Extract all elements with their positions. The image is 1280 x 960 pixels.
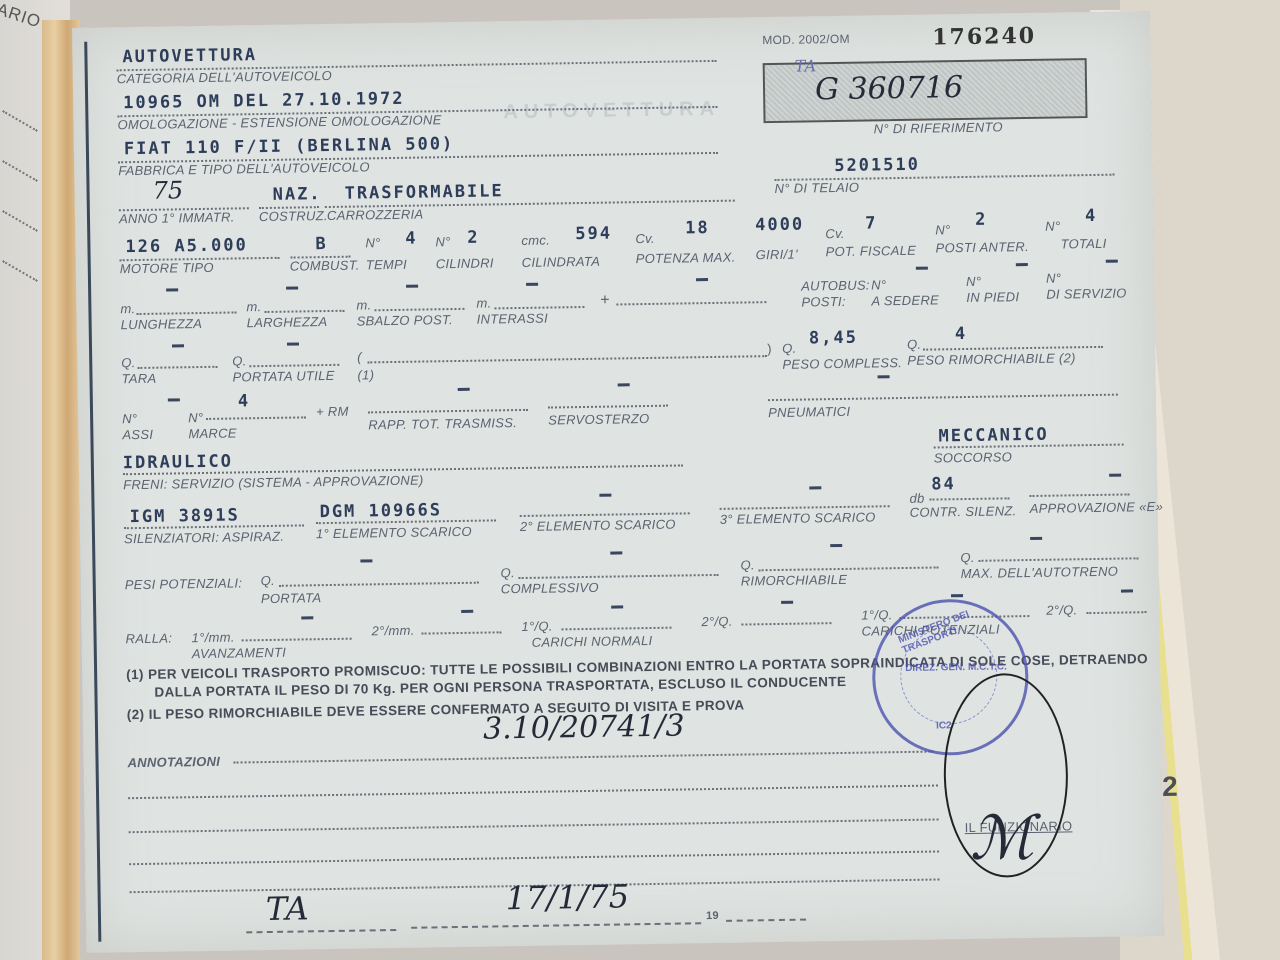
annotazioni-handwritten: 3.10/20741/3 bbox=[483, 708, 685, 746]
nota-1-prefix: ( bbox=[357, 349, 362, 364]
interassi-label: INTERASSI bbox=[477, 311, 549, 327]
empty-value-dash bbox=[611, 605, 623, 608]
pp-rimorchiabile-prefix: Q. bbox=[740, 557, 755, 572]
combust-label: COMBUST. bbox=[290, 258, 360, 274]
left-page-text: ARIO bbox=[0, 0, 44, 33]
potenza-prefix: Cv. bbox=[635, 231, 655, 246]
larghezza-label: LARGHEZZA bbox=[247, 314, 328, 330]
empty-value-dash bbox=[618, 383, 630, 386]
contr-silenz-label: CONTR. SILENZ. bbox=[910, 503, 1017, 520]
empty-value-dash bbox=[1109, 474, 1121, 477]
left-page-line bbox=[2, 160, 38, 182]
in-piedi-label: IN PIEDI bbox=[966, 289, 1019, 305]
soccorso-label: SOCCORSO bbox=[934, 449, 1012, 465]
di-servizio-prefix: N° bbox=[1046, 270, 1061, 285]
empty-value-dash bbox=[1016, 263, 1028, 266]
pesi-potenziali-label: PESI POTENZIALI: bbox=[125, 575, 243, 592]
pp-max-prefix: Q. bbox=[960, 550, 975, 565]
pot-fiscale-label: POT. FISCALE bbox=[825, 243, 916, 259]
carrozzeria-value: TRASFORMABILE bbox=[344, 181, 503, 203]
sbalzo-prefix: m. bbox=[356, 297, 371, 312]
pp-complessivo-prefix: Q. bbox=[500, 565, 515, 580]
carichi-potenziali-1-prefix: 1°/Q. bbox=[861, 607, 892, 622]
ralla-sub-label: AVANZAMENTI bbox=[192, 645, 287, 661]
stamp-text-mid: DIREZ. GEN. M.C.T.C. bbox=[905, 661, 1007, 674]
cilindri-label: CILINDRI bbox=[436, 255, 494, 271]
totali-prefix: N° bbox=[1045, 218, 1060, 233]
interassi-prefix: m. bbox=[476, 295, 491, 310]
silenz-aspiraz-value: IGM 3891S bbox=[130, 505, 240, 527]
peso-compless-label: PESO COMPLESS. bbox=[782, 355, 902, 372]
empty-value-dash bbox=[166, 288, 178, 291]
totali-label: TOTALI bbox=[1060, 236, 1106, 252]
tara-label: TARA bbox=[121, 371, 156, 387]
empty-value-dash bbox=[916, 267, 928, 270]
freni-value: IDRAULICO bbox=[123, 452, 233, 474]
scarico-1-value: DGM 10966S bbox=[319, 500, 442, 522]
contr-silenz-prefix: db bbox=[909, 491, 924, 506]
telaio-value: 5201510 bbox=[834, 155, 920, 176]
carichi-normali-2-prefix: 2°/Q. bbox=[701, 614, 732, 629]
tempi-prefix: N° bbox=[365, 235, 380, 250]
empty-value-dash bbox=[526, 283, 538, 286]
pot-fiscale-prefix: Cv. bbox=[825, 226, 845, 241]
tempi-label: TEMPI bbox=[366, 257, 407, 273]
pp-portata-label: PORTATA bbox=[261, 590, 322, 606]
motore-tipo-value: 126 A5.000 bbox=[125, 235, 248, 257]
marce-suffix: + RM bbox=[316, 404, 349, 420]
costruz-label: COSTRUZ. bbox=[259, 208, 328, 224]
empty-value-dash bbox=[951, 594, 963, 597]
empty-value-dash bbox=[360, 559, 372, 562]
posti-anter-value: 2 bbox=[975, 210, 988, 230]
footer-date: 17/1/75 bbox=[505, 877, 629, 917]
silenz-aspiraz-label: SILENZIATORI: ASPIRAZ. bbox=[124, 529, 284, 547]
posti-label: POSTI: bbox=[801, 294, 846, 310]
signature-mark: ℳ bbox=[969, 803, 1034, 874]
peso-compless-prefix: Q. bbox=[782, 341, 797, 356]
watermark: AUTOVETTURA bbox=[503, 98, 720, 124]
peso-compless-value: 8,45 bbox=[809, 328, 858, 349]
marce-prefix: N° bbox=[188, 410, 203, 425]
telaio-label: N° DI TELAIO bbox=[774, 180, 859, 196]
cilindri-value: 2 bbox=[467, 228, 480, 248]
approvazione-e-label: APPROVAZIONE «E» bbox=[1030, 499, 1164, 516]
empty-value-dash bbox=[599, 494, 611, 497]
lunghezza-label: LUNGHEZZA bbox=[121, 316, 203, 332]
scarico-1-label: 1° ELEMENTO SCARICO bbox=[316, 524, 472, 541]
potenza-value: 18 bbox=[685, 218, 710, 238]
empty-value-dash bbox=[878, 375, 890, 378]
annotazioni-label: ANNOTAZIONI bbox=[127, 754, 220, 770]
reference-box: TA G 360716 bbox=[763, 58, 1088, 123]
empty-value-dash bbox=[696, 278, 708, 281]
ralla-1mm-prefix: 1°/mm. bbox=[191, 630, 234, 646]
empty-value-dash bbox=[1030, 537, 1042, 540]
footer-place: TA bbox=[266, 889, 309, 928]
left-page-line bbox=[2, 110, 38, 132]
peso-rimorchiabile-value: 4 bbox=[955, 324, 968, 344]
giri-value: 4000 bbox=[755, 215, 804, 236]
page-number: 2 bbox=[1162, 771, 1178, 803]
assi-prefix: N° bbox=[122, 411, 137, 426]
contr-silenz-value: 84 bbox=[931, 474, 956, 494]
combust-value: B bbox=[315, 234, 328, 254]
serial-number: 176240 bbox=[932, 23, 1036, 51]
posti-anter-label: POSTI ANTER. bbox=[935, 239, 1029, 255]
soccorso-value: MECCANICO bbox=[938, 425, 1048, 447]
totali-value: 4 bbox=[1085, 206, 1098, 226]
giri-label: GIRI/1' bbox=[756, 247, 798, 263]
reference-label: N° DI RIFERIMENTO bbox=[874, 119, 1003, 136]
cilindrata-label: CILINDRATA bbox=[522, 254, 601, 270]
empty-value-dash bbox=[461, 610, 473, 613]
left-page-line bbox=[2, 260, 38, 282]
ralla-2mm-prefix: 2°/mm. bbox=[371, 623, 414, 639]
paren-close: ) bbox=[767, 341, 772, 356]
reference-stamp-initials: TA bbox=[795, 56, 817, 75]
portata-utile-prefix: Q. bbox=[232, 353, 247, 368]
potenza-label: POTENZA MAX. bbox=[636, 250, 736, 267]
empty-value-dash bbox=[458, 388, 470, 391]
empty-value-dash bbox=[168, 398, 180, 401]
plus-sign: + bbox=[600, 292, 610, 310]
costruz-value: NAZ. bbox=[272, 184, 321, 205]
model-label: MOD. 2002/OM bbox=[762, 32, 850, 47]
empty-value-dash bbox=[172, 344, 184, 347]
empty-value-dash bbox=[286, 286, 298, 289]
cilindrata-prefix: cmc. bbox=[521, 233, 550, 248]
motore-tipo-label: MOTORE TIPO bbox=[120, 260, 214, 276]
pp-portata-prefix: Q. bbox=[261, 573, 276, 588]
reference-number: G 360716 bbox=[815, 70, 964, 107]
peso-rimorchiabile-label: PESO RIMORCHIABILE (2) bbox=[907, 350, 1076, 368]
empty-value-dash bbox=[301, 616, 313, 619]
in-piedi-prefix: N° bbox=[966, 274, 981, 289]
empty-value-dash bbox=[1106, 260, 1118, 263]
empty-value-dash bbox=[830, 544, 842, 547]
pot-fiscale-value: 7 bbox=[865, 213, 878, 233]
tempi-value: 4 bbox=[405, 229, 418, 249]
pp-max-label: MAX. DELL'AUTOTRENO bbox=[961, 564, 1119, 581]
anno-immatr-value: 75 bbox=[152, 176, 183, 204]
empty-value-dash bbox=[1121, 589, 1133, 592]
pp-rimorchiabile-label: RIMORCHIABILE bbox=[741, 572, 848, 589]
marce-value: 4 bbox=[238, 391, 251, 411]
ralla-label: RALLA: bbox=[125, 631, 172, 647]
categoria-value: AUTOVETTURA bbox=[122, 45, 257, 67]
marce-label: MARCE bbox=[188, 425, 237, 441]
posti-anter-prefix: N° bbox=[935, 222, 950, 237]
carichi-normali-1-prefix: 1°/Q. bbox=[521, 619, 552, 634]
pp-complessivo-label: COMPLESSIVO bbox=[501, 580, 599, 597]
lunghezza-prefix: m. bbox=[120, 301, 135, 316]
nota-1-label: (1) bbox=[357, 367, 374, 382]
assi-label: ASSI bbox=[122, 427, 153, 442]
servosterzo-label: SERVOSTERZO bbox=[548, 411, 650, 428]
carrozzeria-label: CARROZZERIA bbox=[327, 207, 424, 224]
empty-value-dash bbox=[781, 601, 793, 604]
rapp-trasmiss-label: RAPP. TOT. TRASMISS. bbox=[368, 415, 517, 432]
empty-value-dash bbox=[287, 342, 299, 345]
empty-value-dash bbox=[610, 551, 622, 554]
autobus-label: AUTOBUS: bbox=[801, 278, 870, 294]
vehicle-registration-document: AUTOVETTURA MOD. 2002/OM 176240 TA G 360… bbox=[72, 11, 1164, 953]
cilindrata-value: 594 bbox=[575, 224, 612, 245]
a-sedere-prefix: N° bbox=[871, 277, 886, 292]
larghezza-prefix: m. bbox=[246, 299, 261, 314]
empty-value-dash bbox=[406, 285, 418, 288]
cilindri-prefix: N° bbox=[435, 234, 450, 249]
carichi-potenziali-2-prefix: 2°/Q. bbox=[1046, 602, 1077, 617]
footer-year-prefix: 19 bbox=[706, 910, 719, 922]
tara-prefix: Q. bbox=[121, 355, 136, 370]
carichi-normali-label: CARICHI NORMALI bbox=[532, 633, 653, 650]
anno-immatr-label: ANNO 1° IMMATR. bbox=[119, 209, 235, 226]
pneumatici-label: PNEUMATICI bbox=[768, 404, 850, 420]
empty-value-dash bbox=[809, 486, 821, 489]
left-page-line bbox=[2, 210, 38, 232]
sbalzo-label: SBALZO POST. bbox=[357, 312, 454, 329]
portata-utile-label: PORTATA UTILE bbox=[232, 368, 334, 385]
scarico-3-label: 3° ELEMENTO SCARICO bbox=[720, 509, 876, 526]
a-sedere-label: A SEDERE bbox=[871, 292, 939, 308]
di-servizio-label: DI SERVIZIO bbox=[1046, 285, 1127, 301]
peso-rimorchiabile-prefix: Q. bbox=[907, 337, 922, 352]
scarico-2-label: 2° ELEMENTO SCARICO bbox=[520, 517, 676, 534]
